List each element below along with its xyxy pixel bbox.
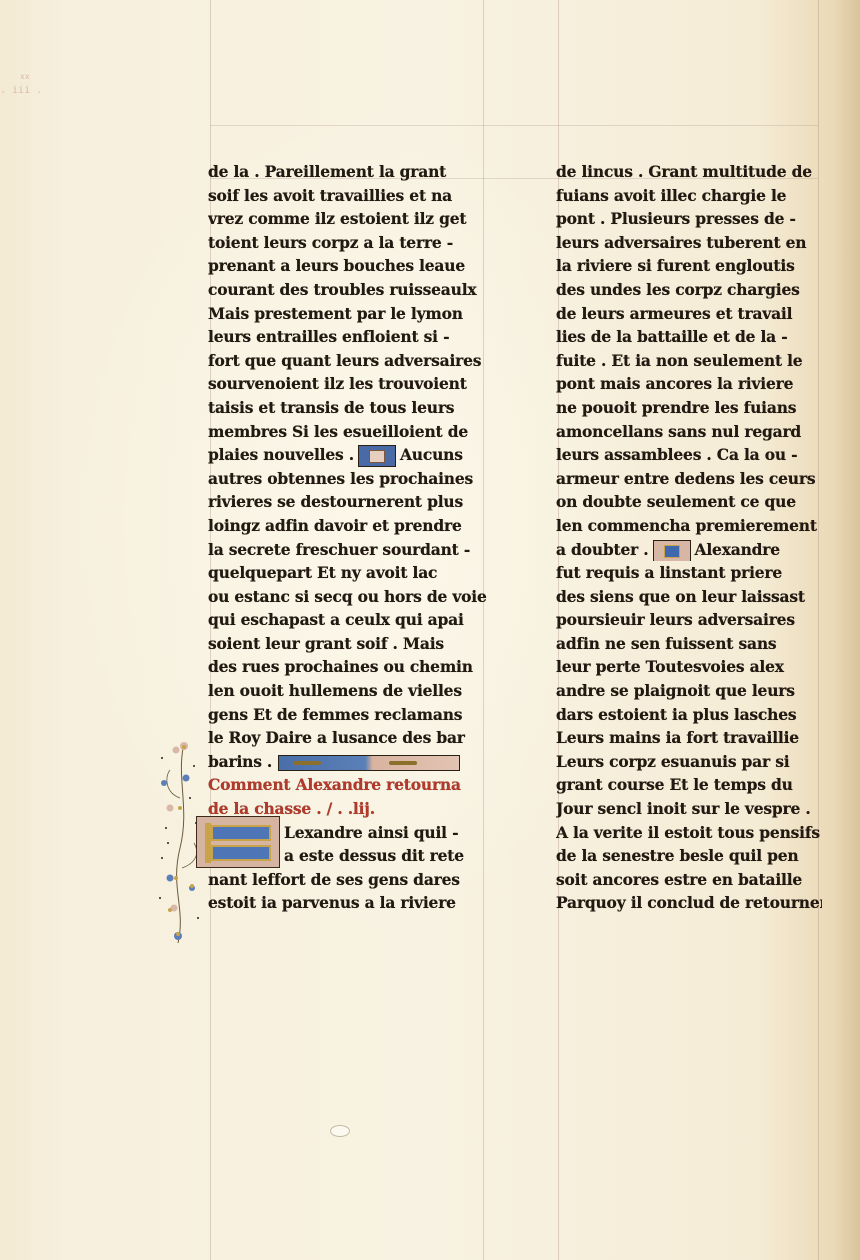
text-line: on doubte seulement ce que <box>556 490 822 514</box>
text-line: autres obtennes les prochaines <box>208 467 488 491</box>
text-line: leurs entrailles enfloient si - <box>208 325 488 349</box>
text-line: Mais prestement par le lymon <box>208 302 488 326</box>
text-line: qui eschapast a ceulx qui apai <box>208 608 488 632</box>
text-line: prenant a leurs bouches leaue <box>208 254 488 278</box>
text-line: courant des troubles ruisseaulx <box>208 278 488 302</box>
text-line: amoncellans sans nul regard <box>556 420 822 444</box>
illuminated-initial-a-icon <box>358 445 396 467</box>
text-line: soif les avoit travaillies et na <box>208 184 488 208</box>
text-line: loingz adfin davoir et prendre <box>208 514 488 538</box>
text-line: rivieres se destournerent plus <box>208 490 488 514</box>
text-line: soit ancores estre en bataille <box>556 868 822 892</box>
text-line: la riviere si furent engloutis <box>556 254 822 278</box>
text-line: vrez comme ilz estoient ilz get <box>208 207 488 231</box>
text-segment: Alexandre <box>695 540 780 559</box>
text-line: fut requis a linstant priere <box>556 561 822 585</box>
text-segment: a doubter . <box>556 540 649 559</box>
illuminated-initial-a-icon <box>653 540 691 562</box>
text-column-right: de lincus . Grant multitude de fuians av… <box>556 160 822 915</box>
text-line: fuite . Et ia non seulement le <box>556 349 822 373</box>
text-line: de la senestre besle quil pen <box>556 844 822 868</box>
text-line: Jour sencl inoit sur le vespre . <box>556 797 822 821</box>
text-line: Leurs corpz esuanuis par si <box>556 750 822 774</box>
text-line: de leurs armeures et travail <box>556 302 822 326</box>
text-line: soient leur grant soif . Mais <box>208 632 488 656</box>
text-line: adfin ne sen fuissent sans <box>556 632 822 656</box>
text-line: nant leffort de ses gens dares <box>208 868 488 892</box>
text-line: leurs assamblees . Ca la ou - <box>556 443 822 467</box>
text-segment: plaies nouvelles . <box>208 445 354 464</box>
text-segment: barins . <box>208 752 272 771</box>
text-line: leurs adversaires tuberent en <box>556 231 822 255</box>
text-line: le Roy Daire a lusance des bar <box>208 726 488 750</box>
text-line: armeur entre dedens les ceurs <box>556 467 822 491</box>
shelfmark-line: xx <box>0 70 42 84</box>
text-line: ne pouoit prendre les fuians <box>556 396 822 420</box>
text-line: ou estanc si secq ou hors de voie <box>208 585 488 609</box>
text-line: pont . Plusieurs presses de - <box>556 207 822 231</box>
text-line: estoit ia parvenus a la riviere <box>208 891 488 915</box>
rubric-heading-line: Comment Alexandre retourna <box>208 773 488 797</box>
large-illuminated-initial-a-icon <box>196 816 280 868</box>
text-line: leur perte Toutesvoies alex <box>556 655 822 679</box>
text-line-with-initial: plaies nouvelles .Aucuns <box>208 443 488 467</box>
text-line: fort que quant leurs adversaires <box>208 349 488 373</box>
text-line: dars estoient ia plus lasches <box>556 703 822 727</box>
text-segment: Aucuns <box>400 445 463 464</box>
text-line: des siens que on leur laissast <box>556 585 822 609</box>
text-line: la secrete freschuer sourdant - <box>208 538 488 562</box>
text-line: andre se plaignoit que leurs <box>556 679 822 703</box>
shelfmark: xx . iii . <box>0 70 42 98</box>
text-line: sourvenoient ilz les trouvoient <box>208 372 488 396</box>
text-line: Parquoy il conclud de retourner <box>556 891 822 915</box>
text-line: des rues prochaines ou chemin <box>208 655 488 679</box>
text-line: quelquepart Et ny avoit lac <box>208 561 488 585</box>
text-line: de lincus . Grant multitude de <box>556 160 822 184</box>
text-line: toient leurs corpz a la terre - <box>208 231 488 255</box>
line-filler-decoration <box>278 755 460 771</box>
text-line: len ouoit hullemens de vielles <box>208 679 488 703</box>
ruling-line-top-1 <box>210 125 818 126</box>
text-line: lies de la battaille et de la - <box>556 325 822 349</box>
text-line-with-filler: barins . <box>208 750 488 774</box>
text-line: poursieuir leurs adversaires <box>556 608 822 632</box>
text-column-left: de la . Pareillement la grant soif les a… <box>208 160 488 915</box>
text-line: grant course Et le temps du <box>556 773 822 797</box>
text-line: membres Si les esueilloient de <box>208 420 488 444</box>
parchment-blemish <box>330 1125 350 1137</box>
text-line: Leurs mains ia fort travaillie <box>556 726 822 750</box>
text-line: len commencha premierement <box>556 514 822 538</box>
text-line: des undes les corpz chargies <box>556 278 822 302</box>
text-line: taisis et transis de tous leurs <box>208 396 488 420</box>
text-line: de la . Pareillement la grant <box>208 160 488 184</box>
text-line: gens Et de femmes reclamans <box>208 703 488 727</box>
text-line: pont mais ancores la riviere <box>556 372 822 396</box>
text-line: fuians avoit illec chargie le <box>556 184 822 208</box>
shelfmark-line: . iii . <box>0 84 42 98</box>
text-line: A la verite il estoit tous pensifs <box>556 821 822 845</box>
text-line-with-initial: a doubter .Alexandre <box>556 538 822 562</box>
